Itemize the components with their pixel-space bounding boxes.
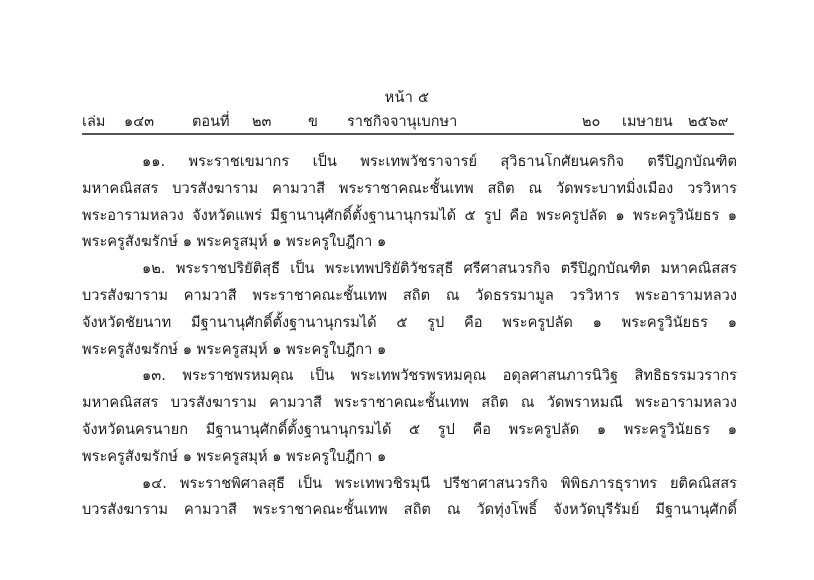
paragraph-11: ๑๑. พระราชเขมากร เป็น พระเทพวัชราจารย์ ส…: [82, 149, 737, 256]
text-line: มหาคณิสสร บวรสังฆาราม คามวาสี พระราชาคณะ…: [82, 390, 737, 417]
section-number: ๒๓: [252, 110, 271, 133]
publication-title: ราชกิจจานุเบกษา: [347, 110, 457, 133]
text-line: พระครูสังฆรักษ์ ๑ พระครูสมุห์ ๑ พระครูใบ…: [82, 337, 737, 364]
document-body: ๑๑. พระราชเขมากร เป็น พระเทพวัชราจารย์ ส…: [82, 149, 737, 524]
document-page: หน้า ๕ เล่ม ๑๔๓ ตอนที่ ๒๓ ข ราชกิจจานุเบ…: [0, 0, 814, 580]
text-line: พระอารามหลวง จังหวัดแพร่ มีฐานานุศักดิ์ต…: [82, 203, 737, 230]
text-line: บวรสังฆาราม คามวาสี พระราชาคณะชั้นเทพ สถ…: [82, 283, 737, 310]
section-label: ตอนที่: [192, 110, 230, 133]
text-line: ๑๔. พระราชพิศาลสุธี เป็น พระเทพวชิรมุนี …: [82, 471, 737, 498]
text-line: จังหวัดนครนายก มีฐานานุศักดิ์ตั้งฐานานุก…: [82, 417, 737, 444]
paragraph-14: ๑๔. พระราชพิศาลสุธี เป็น พระเทพวชิรมุนี …: [82, 471, 737, 525]
text-line: ๑๑. พระราชเขมากร เป็น พระเทพวัชราจารย์ ส…: [82, 149, 737, 176]
text-line: พระครูสังฆรักษ์ ๑ พระครูสมุห์ ๑ พระครูใบ…: [82, 229, 737, 256]
date-year: ๒๕๖๙: [688, 110, 728, 133]
date-day: ๒๐: [582, 110, 600, 133]
date-month: เมษายน: [622, 110, 673, 133]
volume-number: ๑๔๓: [124, 110, 154, 133]
text-line: ๑๓. พระราชพรหมคุณ เป็น พระเทพวัชรพรหมคุณ…: [82, 363, 737, 390]
gazette-header: เล่ม ๑๔๓ ตอนที่ ๒๓ ข ราชกิจจานุเบกษา ๒๐ …: [82, 110, 732, 132]
header-divider: [82, 133, 734, 135]
text-line: บวรสังฆาราม คามวาสี พระราชาคณะชั้นเทพ สถ…: [82, 497, 737, 524]
paragraph-13: ๑๓. พระราชพรหมคุณ เป็น พระเทพวัชรพรหมคุณ…: [82, 363, 737, 470]
text-line: พระครูสังฆรักษ์ ๑ พระครูสมุห์ ๑ พระครูใบ…: [82, 444, 737, 471]
volume-label: เล่ม: [82, 110, 105, 133]
text-line: จังหวัดชัยนาท มีฐานานุศักดิ์ตั้งฐานานุกร…: [82, 310, 737, 337]
section-letter: ข: [308, 110, 318, 133]
text-line: ๑๒. พระราชปริยัติสุธี เป็น พระเทพปริยัติ…: [82, 256, 737, 283]
page-number: หน้า ๕: [0, 86, 814, 109]
text-line: มหาคณิสสร บวรสังฆาราม คามวาสี พระราชาคณะ…: [82, 176, 737, 203]
paragraph-12: ๑๒. พระราชปริยัติสุธี เป็น พระเทพปริยัติ…: [82, 256, 737, 363]
